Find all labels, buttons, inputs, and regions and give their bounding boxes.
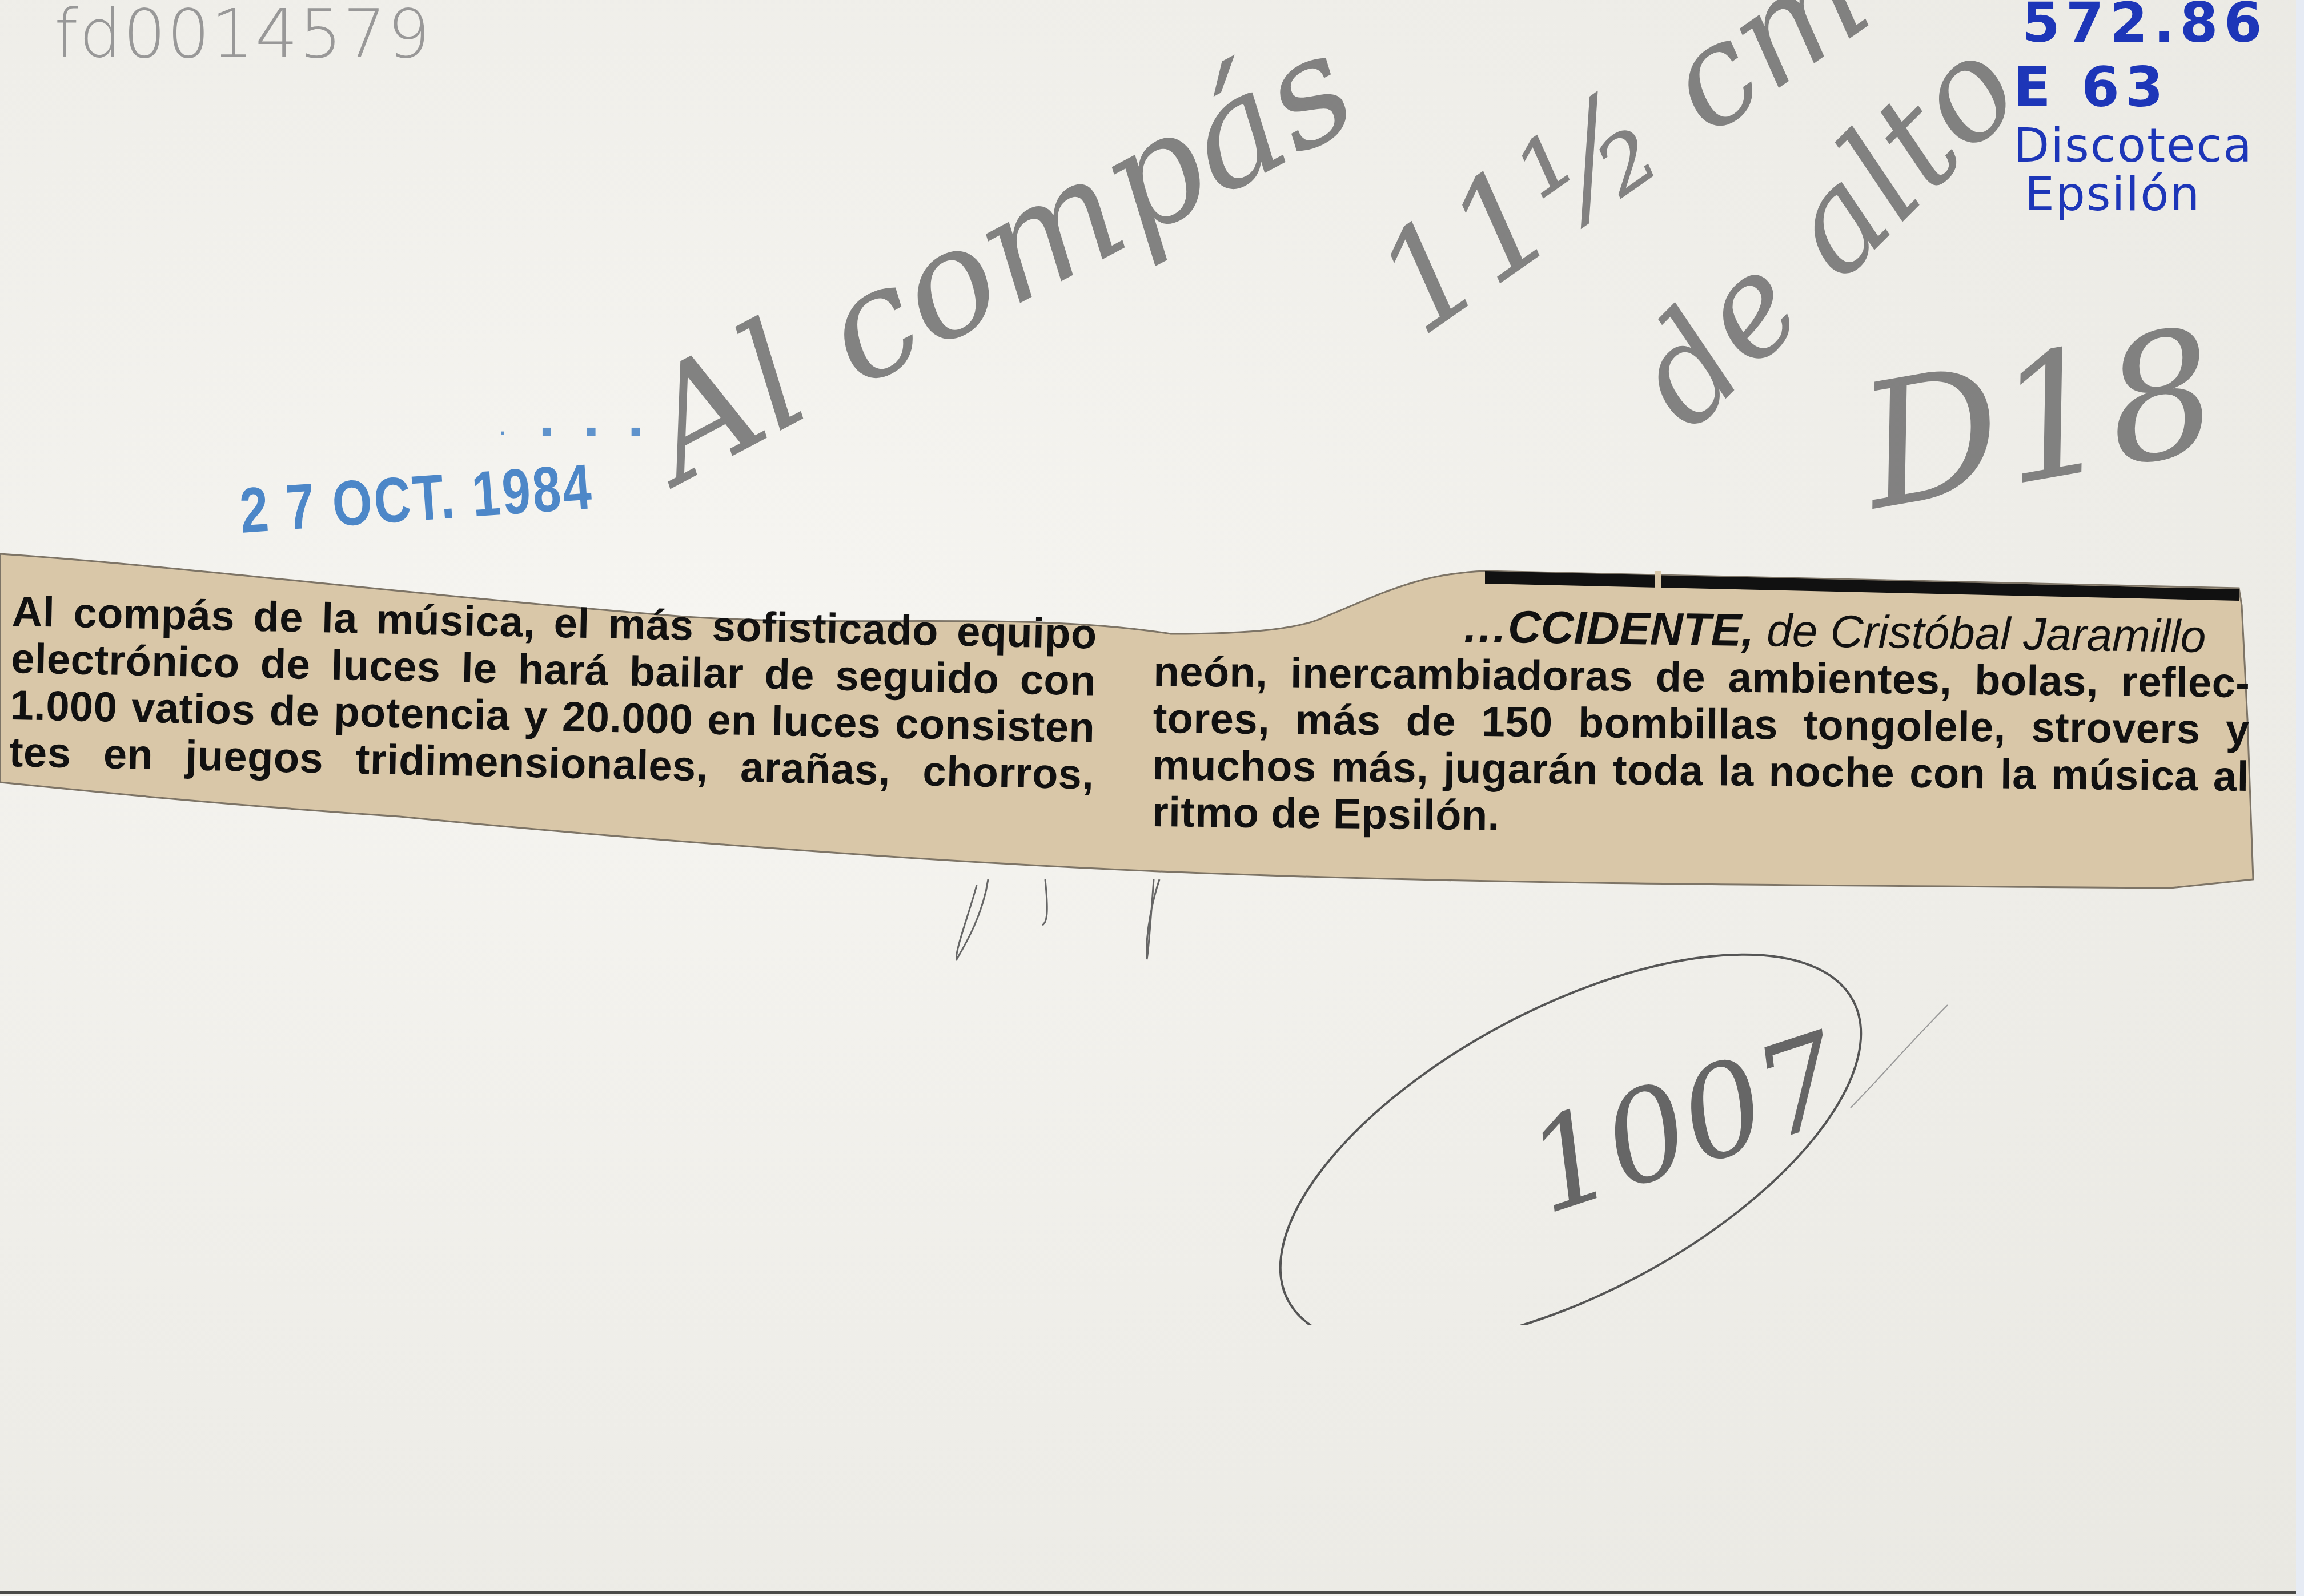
- archive-id: fd0014579: [54, 0, 431, 73]
- newspaper-clipping: …CCIDENTE, de Cristóbal Jaramillo Al com…: [0, 548, 2285, 902]
- clipping-right-column: neón, inercambiadoras de ambientes, bola…: [1152, 648, 2250, 847]
- stamp-dots: · ▪ ▪ ▪: [497, 411, 653, 451]
- circled-number-annotation: 1007: [1274, 936, 2005, 1325]
- ink-note-name: Epsilón: [2025, 171, 2201, 218]
- ink-note-subject: Discoteca: [2013, 123, 2253, 170]
- ink-note-classification: 572.86: [2022, 0, 2267, 50]
- clipping-left-column: Al compás de la música, el más sofistica…: [9, 588, 1097, 798]
- byline-author: de Cristóbal Jaramillo: [1754, 605, 2207, 662]
- byline-source: …CCIDENTE,: [1462, 601, 1754, 656]
- scan-edge: [2296, 0, 2304, 1596]
- ink-note-code: E 63: [2013, 60, 2169, 115]
